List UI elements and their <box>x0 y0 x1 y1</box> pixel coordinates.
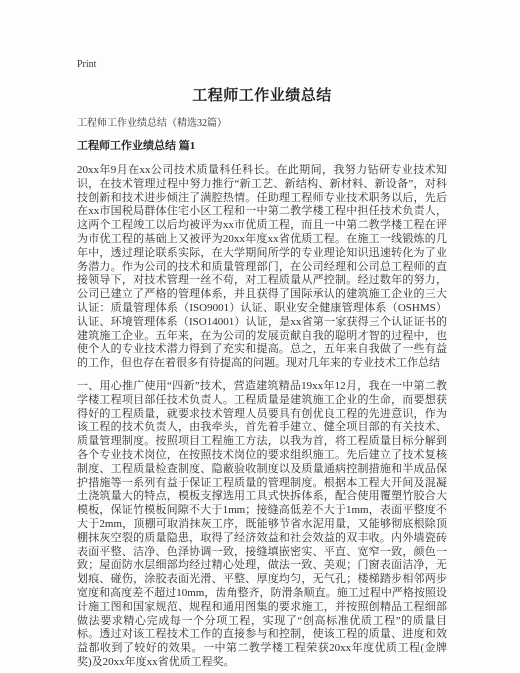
print-button[interactable]: Print <box>77 59 520 71</box>
document-content: 工程师工作业绩总结 工程师工作业绩总结（精选32篇） 工程师工作业绩总结 篇1 … <box>77 87 447 670</box>
body-paragraph-1: 20xx年9月在xx公司技术质量科任科长。在此期间，我努力钻研专业技术知识，在技… <box>77 164 447 371</box>
page-title: 工程师工作业绩总结 <box>77 87 447 105</box>
document-page: Print 工程师工作业绩总结 工程师工作业绩总结（精选32篇） 工程师工作业绩… <box>0 0 520 673</box>
section-heading: 工程师工作业绩总结 篇1 <box>77 140 447 153</box>
body-paragraph-2: 一、用心推广使用“四新”技术，营造建筑精品19xx年12月，我在一中第二教学楼工… <box>77 380 447 670</box>
collection-subtitle: 工程师工作业绩总结（精选32篇） <box>77 118 447 130</box>
